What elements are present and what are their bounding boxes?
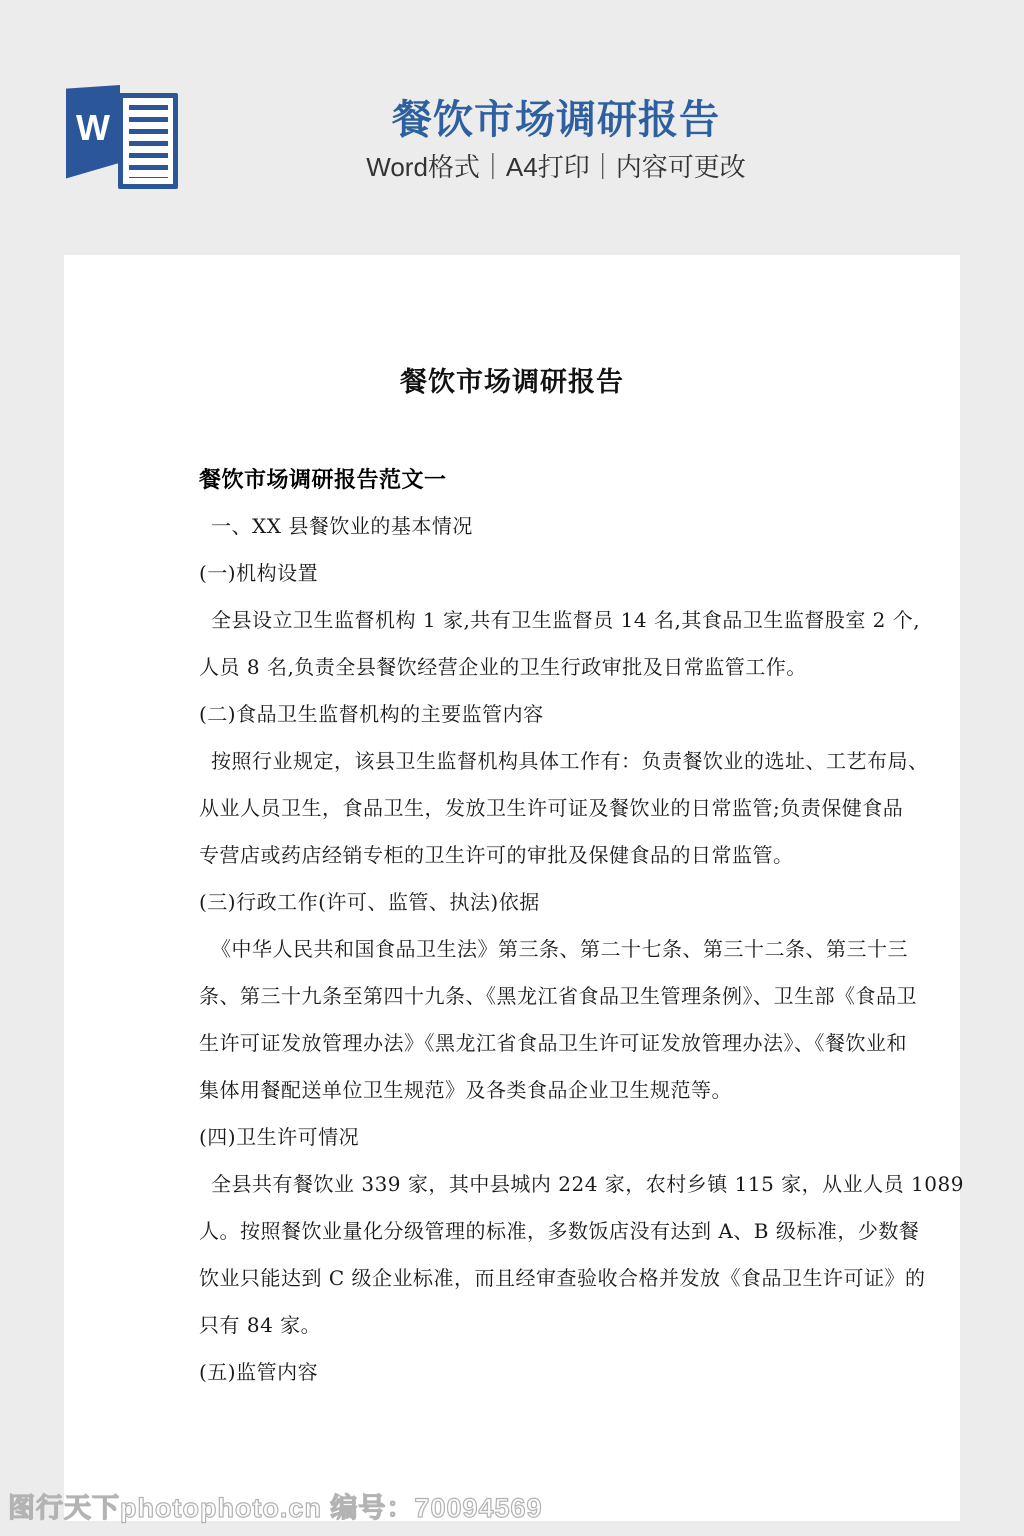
document-line: 人员 8 名,负责全县餐饮经营企业的卫生行政审批及日常监管工作。 (199, 644, 870, 691)
document-line: (五)监管内容 (199, 1349, 870, 1396)
document-page: 餐饮市场调研报告 餐饮市场调研报告范文一一、XX 县餐饮业的基本情况(一)机构设… (64, 255, 960, 1521)
document-line: 生许可证发放管理办法》《黑龙江省食品卫生许可证发放管理办法》、《餐饮业和 (199, 1020, 870, 1067)
document-line: 人。按照餐饮业量化分级管理的标准，多数饭店没有达到 A、B 级标准，少数餐 (199, 1208, 870, 1255)
document-line: (二)食品卫生监督机构的主要监管内容 (199, 691, 870, 738)
document-line: 从业人员卫生，食品卫生，发放卫生许可证及餐饮业的日常监管;负责保健食品 (199, 785, 870, 832)
document-line: 全县共有餐饮业 339 家，其中县城内 224 家，农村乡镇 115 家，从业人… (199, 1161, 870, 1208)
document-line: (一)机构设置 (199, 550, 870, 597)
document-line: 餐饮市场调研报告范文一 (199, 456, 870, 503)
document-line: 专营店或药店经销专柜的卫生许可的审批及保健食品的日常监管。 (199, 832, 870, 879)
document-line: 饮业只能达到 C 级企业标准，而且经审查验收合格并发放《食品卫生许可证》的 (199, 1255, 870, 1302)
document-line: 一、XX 县餐饮业的基本情况 (199, 503, 870, 550)
document-line: (四)卫生许可情况 (199, 1114, 870, 1161)
template-subtitle: Word格式｜A4打印｜内容可更改 (44, 153, 1024, 181)
document-line: 《中华人民共和国食品卫生法》第三条、第二十七条、第三十二条、第三十三 (199, 926, 870, 973)
document-line: 条、第三十九条至第四十九条、《黑龙江省食品卫生管理条例》、卫生部《食品卫 (199, 973, 870, 1020)
header-text: 餐饮市场调研报告 Word格式｜A4打印｜内容可更改 (44, 0, 1024, 181)
document-line: 全县设立卫生监督机构 1 家,共有卫生监督员 14 名,其食品卫生监督股室 2 … (199, 597, 870, 644)
watermark-text: 图行天下photophoto.cn 编号：70094569 (8, 1493, 543, 1523)
template-title: 餐饮市场调研报告 (44, 97, 1024, 143)
document-line: (三)行政工作(许可、监管、执法)依据 (199, 879, 870, 926)
document-body: 餐饮市场调研报告范文一一、XX 县餐饮业的基本情况(一)机构设置全县设立卫生监督… (64, 456, 960, 1396)
header: W 餐饮市场调研报告 Word格式｜A4打印｜内容可更改 (0, 0, 1024, 255)
watermark: 图行天下photophoto.cn 编号：70094569 (8, 1486, 543, 1525)
document-line: 按照行业规定，该县卫生监督机构具体工作有：负责餐饮业的选址、工艺布局、 (199, 738, 870, 785)
document-line: 集体用餐配送单位卫生规范》及各类食品企业卫生规范等。 (199, 1067, 870, 1114)
document-title: 餐饮市场调研报告 (64, 359, 960, 406)
document-line: 只有 84 家。 (199, 1302, 870, 1349)
